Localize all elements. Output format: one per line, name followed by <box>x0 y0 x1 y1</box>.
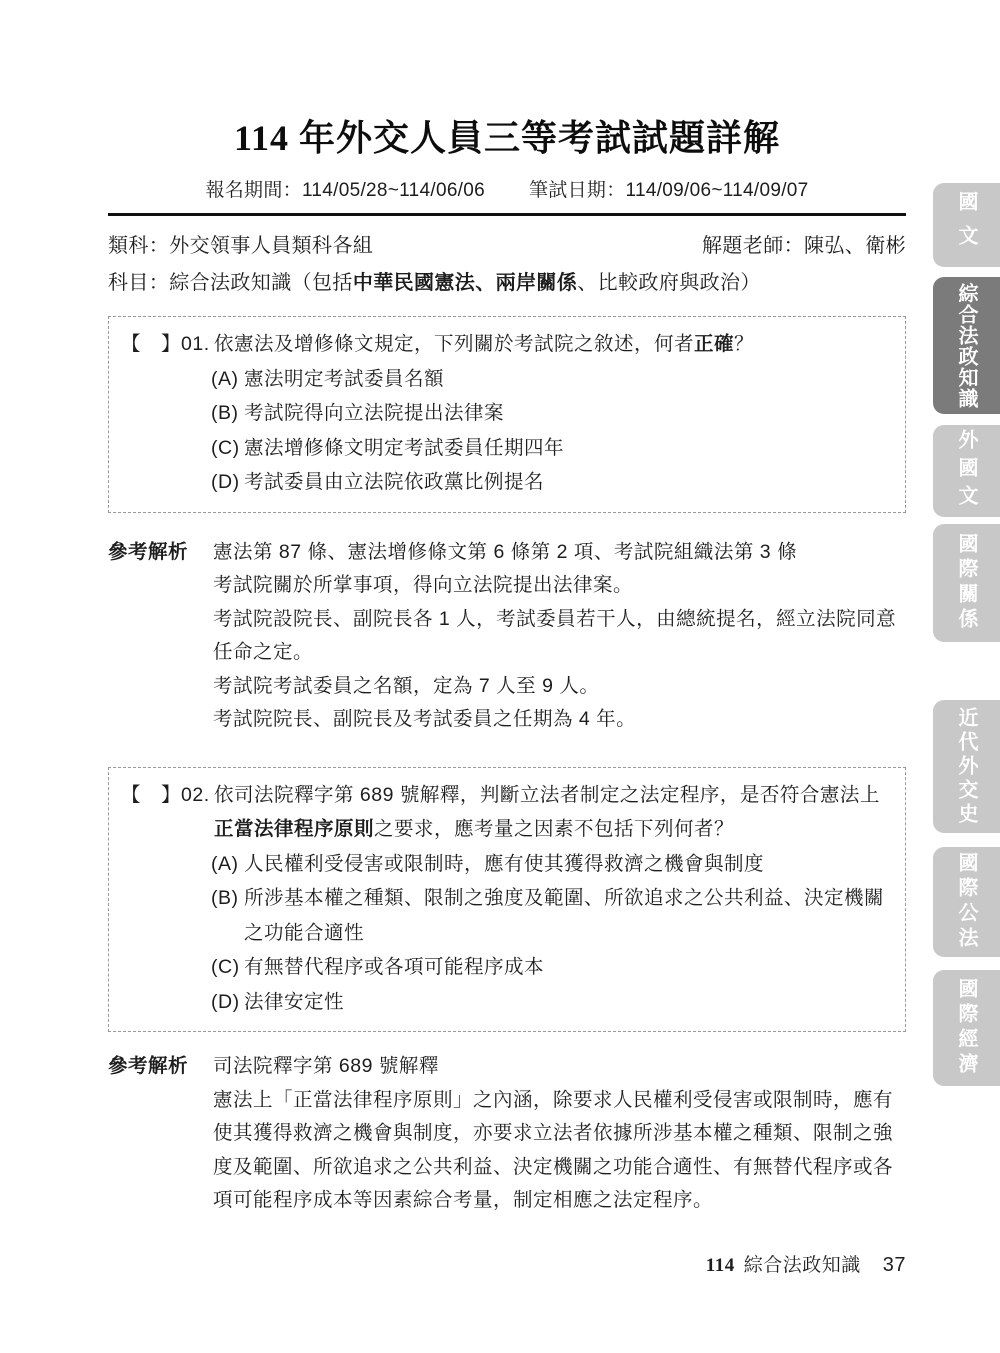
question-box-01: 【 】01. 依憲法及增修條文規定，下列關於考試院之敘述，何者正確？ (A) 憲… <box>108 316 906 513</box>
analysis-paragraph: 考試院設院長、副院長各 1 人，考試委員若干人，由總統提名，經立法院同意任命之定… <box>213 603 906 670</box>
subject-label: 科目： <box>108 272 169 294</box>
question-01-stem: 依憲法及增修條文規定，下列關於考試院之敘述，何者正確？ <box>214 327 893 362</box>
option-c: (C) 憲法增修條文明定考試委員任期四年 <box>211 431 893 466</box>
analysis-paragraph: 憲法上「正當法律程序原則」之內涵，除要求人民權利受侵害或限制時，應有使其獲得救濟… <box>213 1084 906 1218</box>
sidebar-tab-modern-diplomatic-history[interactable]: 近代外交史 <box>933 700 1000 833</box>
option-prefix: (C) <box>211 431 244 466</box>
analysis-02: 參考解析 司法院釋字第 689 號解釋 憲法上「正當法律程序原則」之內涵，除要求… <box>108 1050 906 1218</box>
option-text: 法律安定性 <box>244 985 893 1020</box>
analysis-paragraph: 憲法第 87 條、憲法增修條文第 6 條第 2 項、考試院組織法第 3 條 <box>213 536 906 570</box>
sidebar-tab-international-public-law[interactable]: 國際公法 <box>933 847 1000 957</box>
main-content: 114 年外交人員三等考試試題詳解 報名期間：114/05/28~114/06/… <box>108 0 906 1218</box>
option-c: (C) 有無替代程序或各項可能程序成本 <box>211 950 893 985</box>
category: 類科：外交領事人員類科各組 <box>108 229 373 258</box>
stem-text-part: 之要求，應考量之因素不包括下列何者？ <box>374 818 734 840</box>
subject-row: 科目：綜合法政知識（包括中華民國憲法、兩岸關係、比較政府與政治） <box>108 266 906 295</box>
analysis-paragraph: 考試院考試委員之名額，定為 7 人至 9 人。 <box>213 670 906 704</box>
chapter-tab-sidebar: 國文 綜合法政知識 外國文 國際關係 近代外交史 國際公法 國際經濟 <box>933 0 1000 1353</box>
footer-volume: 114 <box>706 1255 735 1276</box>
page-title: 114 年外交人員三等考試試題詳解 <box>108 110 906 161</box>
option-text: 所涉基本權之種類、限制之強度及範圍、所欲追求之公共利益、決定機關之功能合適性 <box>244 881 893 950</box>
category-label: 類科： <box>108 235 169 257</box>
question-01-prefix: 【 】01. <box>121 327 214 362</box>
footer-subject: 綜合法政知識 <box>744 1255 861 1276</box>
analysis-paragraph: 考試院院長、副院長及考試委員之任期為 4 年。 <box>213 703 906 737</box>
question-02-stem-row: 【 】02. 依司法院釋字第 689 號解釋，判斷立法者制定之法定程序，是否符合… <box>121 778 893 847</box>
option-text: 憲法明定考試委員名額 <box>244 362 893 397</box>
option-prefix: (B) <box>211 881 244 950</box>
option-prefix: (B) <box>211 396 244 431</box>
option-prefix: (A) <box>211 847 244 882</box>
option-b: (B) 考試院得向立法院提出法律案 <box>211 396 893 431</box>
sidebar-tab-chinese[interactable]: 國文 <box>933 183 1000 267</box>
stem-text-part: 依司法院釋字第 689 號解釋，判斷立法者制定之法定程序，是否符合憲法上 <box>214 784 880 806</box>
sidebar-tab-international-relations[interactable]: 國際關係 <box>933 524 1000 642</box>
option-text: 有無替代程序或各項可能程序成本 <box>244 950 893 985</box>
stem-bold-part: 正當法律程序原則 <box>214 818 374 840</box>
sidebar-tab-international-economics[interactable]: 國際經濟 <box>933 970 1000 1086</box>
question-box-02: 【 】02. 依司法院釋字第 689 號解釋，判斷立法者制定之法定程序，是否符合… <box>108 767 906 1033</box>
question-02-stem: 依司法院釋字第 689 號解釋，判斷立法者制定之法定程序，是否符合憲法上正當法律… <box>214 778 893 847</box>
analysis-paragraph: 考試院關於所掌事項，得向立法院提出法律案。 <box>213 569 906 603</box>
option-text: 憲法增修條文明定考試委員任期四年 <box>244 431 893 466</box>
page-footer: 114綜合法政知識37 <box>108 1250 906 1277</box>
option-prefix: (C) <box>211 950 244 985</box>
subject-prefix: 綜合法政知識（包括 <box>169 272 353 294</box>
written-exam-date: 筆試日期：114/09/06~114/09/07 <box>529 175 809 202</box>
option-d: (D) 法律安定性 <box>211 985 893 1020</box>
sidebar-tab-foreign-language[interactable]: 外國文 <box>933 425 1000 517</box>
analysis-01: 參考解析 憲法第 87 條、憲法增修條文第 6 條第 2 項、考試院組織法第 3… <box>108 536 906 737</box>
subject-topic-constitution: 中華民國憲法 <box>353 272 475 294</box>
question-02-options: (A) 人民權利受侵害或限制時，應有使其獲得救濟之機會與制度 (B) 所涉基本權… <box>121 847 893 1020</box>
category-row: 類科：外交領事人員類科各組 解題老師：陳弘、衛彬 <box>108 229 906 258</box>
exam-date-label: 筆試日期： <box>529 180 626 201</box>
option-b: (B) 所涉基本權之種類、限制之強度及範圍、所欲追求之公共利益、決定機關之功能合… <box>211 881 893 950</box>
registration-period: 報名期間：114/05/28~114/06/06 <box>205 175 485 202</box>
answer-bracket: 【 】 <box>121 784 181 806</box>
footer-page-number: 37 <box>883 1254 906 1276</box>
option-text: 人民權利受侵害或限制時，應有使其獲得救濟之機會與制度 <box>244 847 893 882</box>
book-page: 114 年外交人員三等考試試題詳解 報名期間：114/05/28~114/06/… <box>0 0 1000 1353</box>
sidebar-tab-integrated-law-politics[interactable]: 綜合法政知識 <box>933 277 1000 414</box>
question-01-options: (A) 憲法明定考試委員名額 (B) 考試院得向立法院提出法律案 (C) 憲法增… <box>121 362 893 500</box>
analysis-body: 憲法第 87 條、憲法增修條文第 6 條第 2 項、考試院組織法第 3 條 考試… <box>213 536 906 737</box>
analysis-body: 司法院釋字第 689 號解釋 憲法上「正當法律程序原則」之內涵，除要求人民權利受… <box>213 1050 906 1218</box>
registration-label: 報名期間： <box>205 180 302 201</box>
option-a: (A) 憲法明定考試委員名額 <box>211 362 893 397</box>
answer-bracket: 【 】 <box>121 333 181 355</box>
stem-bold-part: 正確 <box>694 333 734 355</box>
teacher: 解題老師：陳弘、衛彬 <box>702 229 906 258</box>
option-text: 考試委員由立法院依政黨比例提名 <box>244 465 893 500</box>
analysis-label: 參考解析 <box>108 1050 196 1218</box>
question-02-prefix: 【 】02. <box>121 778 214 847</box>
teacher-label: 解題老師： <box>702 235 804 257</box>
option-prefix: (D) <box>211 985 244 1020</box>
option-prefix: (A) <box>211 362 244 397</box>
analysis-label: 參考解析 <box>108 536 196 737</box>
question-number: 02. <box>181 784 210 806</box>
option-a: (A) 人民權利受侵害或限制時，應有使其獲得救濟之機會與制度 <box>211 847 893 882</box>
header-divider <box>108 213 906 216</box>
subject-separator: 、 <box>475 272 495 294</box>
stem-text-part: ？ <box>734 333 754 355</box>
question-number: 01. <box>181 333 210 355</box>
exam-dates-row: 報名期間：114/05/28~114/06/06 筆試日期：114/09/06~… <box>108 175 906 202</box>
registration-value: 114/05/28~114/06/06 <box>302 180 485 201</box>
option-prefix: (D) <box>211 465 244 500</box>
subject-suffix: 、比較政府與政治） <box>577 272 761 294</box>
stem-text-part: 依憲法及增修條文規定，下列關於考試院之敘述，何者 <box>214 333 694 355</box>
exam-date-value: 114/09/06~114/09/07 <box>626 180 809 201</box>
option-d: (D) 考試委員由立法院依政黨比例提名 <box>211 465 893 500</box>
teacher-value: 陳弘、衛彬 <box>804 235 906 257</box>
analysis-paragraph: 司法院釋字第 689 號解釋 <box>213 1050 906 1084</box>
question-01-stem-row: 【 】01. 依憲法及增修條文規定，下列關於考試院之敘述，何者正確？ <box>121 327 893 362</box>
subject-topic-cross-strait: 兩岸關係 <box>496 272 578 294</box>
option-text: 考試院得向立法院提出法律案 <box>244 396 893 431</box>
category-value: 外交領事人員類科各組 <box>169 235 373 257</box>
